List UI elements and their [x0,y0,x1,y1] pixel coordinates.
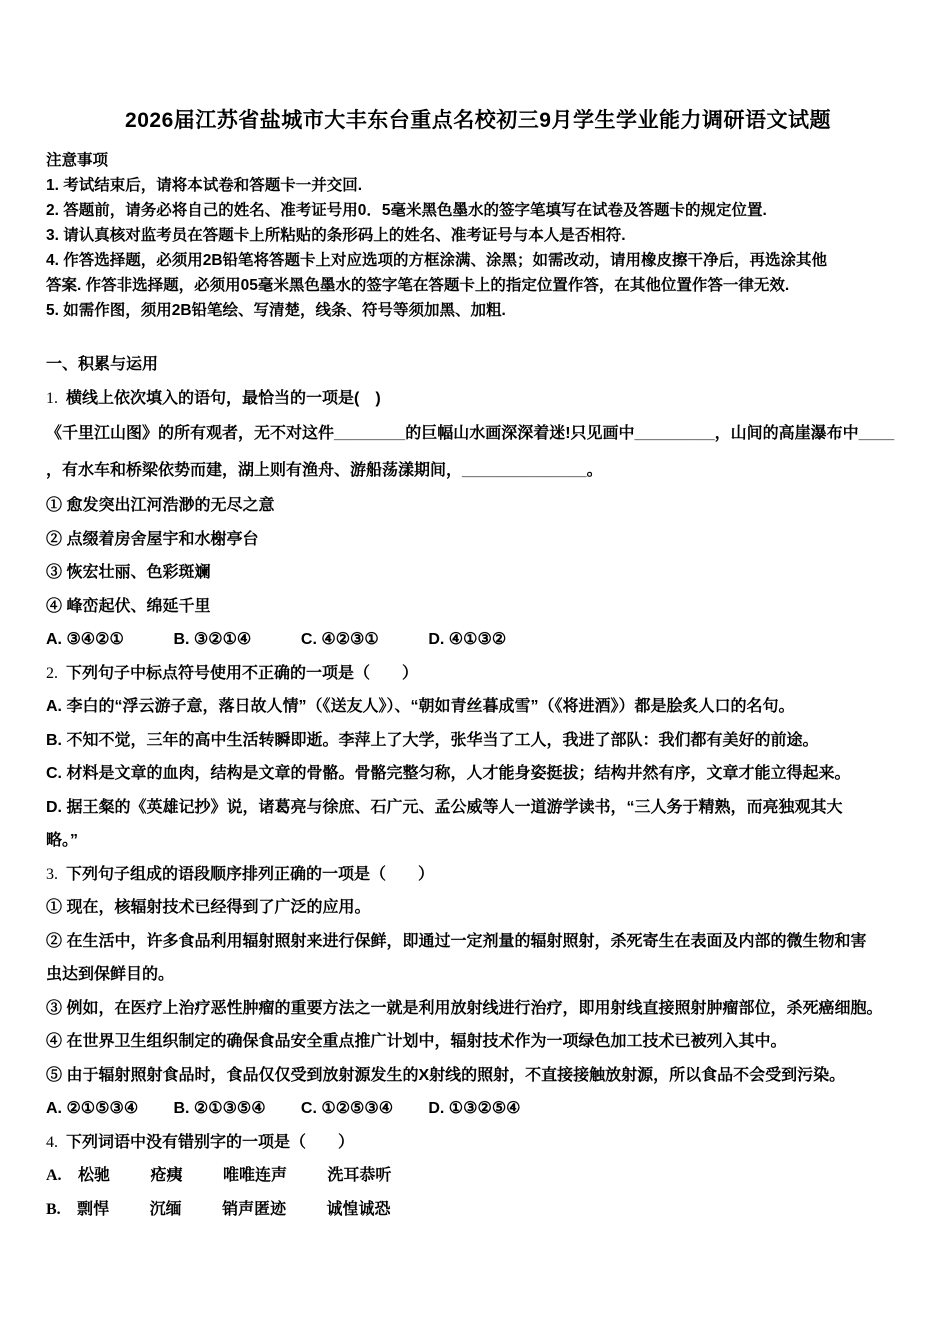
q1-choice-b: B. ③②①④ [173,623,296,657]
question-1-stem: 1.横线上依次填入的语句，最恰当的一项是( ) [46,382,910,416]
q2-choice-d-line-2: 略。” [46,824,910,858]
q4-row-b-letter: B. [46,1201,61,1218]
q2-choice-c: C. 材料是文章的血肉，结构是文章的骨骼。骨骼完整匀称，人才能身姿挺拔；结构井然… [46,757,910,791]
spacer [46,323,910,348]
q2-choice-b: B. 不知不觉，三年的高中生活转瞬即逝。李萍上了大学，张华当了工人，我进了部队：… [46,724,910,758]
q1-choice-a: A. ③④②① [46,623,169,657]
notice-item-2: 2. 答题前，请务必将自己的姓名、准考证号用0．5毫米黑色墨水的签字笔填写在试卷… [46,198,910,223]
question-4-stem: 4.下列词语中没有错别字的一项是（ ） [46,1126,910,1160]
q1-passage-line-1: 《千里江山图》的所有观者，无不对这件________的巨幅山水画深深着迷!只见画… [46,415,910,452]
q3-list-item-2-line-2: 虫达到保鲜目的。 [46,958,910,992]
q4-row-a-word-3: 唯唯连声 [223,1167,287,1184]
notice-item-3: 3. 请认真核对监考员在答题卡上所粘贴的条形码上的姓名、准考证号与本人是否相符. [46,223,910,248]
q2-choice-d-line-1: D. 据王粲的《英雄记抄》说，诸葛亮与徐庶、石广元、孟公威等人一道游学读书，“三… [46,791,910,825]
question-2-number: 2. [46,665,58,682]
notice-heading: 注意事项 [46,148,910,173]
q3-list-item-5: ⑤ 由于辐射照射食品时，食品仅仅受到放射源发生的X射线的照射，不直接接触放射源，… [46,1059,910,1093]
q3-list-item-2-line-1: ② 在生活中，许多食品利用辐射照射来进行保鲜，即通过一定剂量的辐射照射，杀死寄生… [46,925,910,959]
q1-choice-d: D. ④①③② [428,623,506,657]
q4-row-a-word-1: 松驰 [78,1167,110,1184]
question-2-stem: 2.下列句子中标点符号使用不正确的一项是（ ） [46,657,910,691]
q3-list-item-1: ① 现在，核辐射技术已经得到了广泛的应用。 [46,891,910,925]
q2-choice-a: A. 李白的“浮云游子意，落日故人情”（《送友人》）、“朝如青丝暮成雪”（《将进… [46,690,910,724]
q4-row-b-word-3: 销声匿迹 [222,1201,286,1218]
q4-row-a-word-4: 洗耳恭听 [327,1167,391,1184]
q1-passage-line-2: ，有水车和桥梁依势而建，湖上则有渔舟、游船荡漾期间，______________… [46,452,910,489]
q3-choice-d: D. ①③②⑤④ [428,1092,520,1126]
q4-row-b-word-1: 剽悍 [77,1201,109,1218]
question-4-stem-text: 下列词语中没有错别字的一项是（ ） [66,1134,354,1151]
section-1-heading: 一、积累与运用 [46,348,910,382]
q1-list-item-2: ② 点缀着房舍屋宇和水榭亭台 [46,523,910,557]
question-3-number: 3. [46,866,58,883]
q1-list-item-4: ④ 峰峦起伏、绵延千里 [46,590,910,624]
notice-section: 注意事项 1. 考试结束后，请将本试卷和答题卡一并交回. 2. 答题前，请务必将… [46,148,910,323]
q4-row-b-word-4: 诚惶诚恐 [327,1201,391,1218]
q3-choice-c: C. ①②⑤③④ [301,1092,424,1126]
q3-choice-a: A. ②①⑤③④ [46,1092,169,1126]
q4-row-a-word-2: 疮痍 [150,1167,182,1184]
question-2-stem-text: 下列句子中标点符号使用不正确的一项是（ ） [66,665,418,682]
q1-choices-row: A. ③④②① B. ③②①④ C. ④②③① D. ④①③② [46,623,910,657]
q4-row-a-letter: A. [46,1167,62,1184]
question-3-stem-text: 下列句子组成的语段顺序排列正确的一项是（ ） [66,866,434,883]
questions-body: 一、积累与运用 1.横线上依次填入的语句，最恰当的一项是( ) 《千里江山图》的… [46,348,910,1226]
notice-item-4-line-1: 4. 作答选择题，必须用2B铅笔将答题卡上对应选项的方框涂满、涂黑；如需改动，请… [46,248,910,273]
notice-item-5: 5. 如需作图，须用2B铅笔绘、写清楚，线条、符号等须加黑、加粗. [46,298,910,323]
q3-choice-b: B. ②①③⑤④ [173,1092,296,1126]
page-title: 2026届江苏省盐城市大丰东台重点名校初三9月学生学业能力调研语文试题 [46,106,910,136]
notice-item-4-line-2: 答案. 作答非选择题，必须用05毫米黑色墨水的签字笔在答题卡上的指定位置作答，在… [46,273,910,298]
q4-row-b: B. 剽悍 沉缅 销声匿迹 诚惶诚恐 [46,1193,910,1227]
q1-list-item-1: ① 愈发突出江河浩渺的无尽之意 [46,489,910,523]
question-3-stem: 3.下列句子组成的语段顺序排列正确的一项是（ ） [46,858,910,892]
q1-choice-c: C. ④②③① [301,623,424,657]
q1-list-item-3: ③ 恢宏壮丽、色彩斑斓 [46,556,910,590]
notice-item-1: 1. 考试结束后，请将本试卷和答题卡一并交回. [46,173,910,198]
q4-row-b-word-2: 沉缅 [150,1201,182,1218]
question-1-number: 1. [46,390,58,407]
q3-list-item-3: ③ 例如，在医疗上治疗恶性肿瘤的重要方法之一就是利用放射线进行治疗，即用射线直接… [46,992,910,1026]
question-4-number: 4. [46,1134,58,1151]
q3-list-item-4: ④ 在世界卫生组织制定的确保食品安全重点推广计划中，辐射技术作为一项绿色加工技术… [46,1025,910,1059]
exam-paper-page: 2026届江苏省盐城市大丰东台重点名校初三9月学生学业能力调研语文试题 注意事项… [0,0,950,1344]
question-1-stem-text: 横线上依次填入的语句，最恰当的一项是( ) [66,390,381,407]
q3-choices-row: A. ②①⑤③④ B. ②①③⑤④ C. ①②⑤③④ D. ①③②⑤④ [46,1092,910,1126]
q4-row-a: A. 松驰 疮痍 唯唯连声 洗耳恭听 [46,1159,910,1193]
